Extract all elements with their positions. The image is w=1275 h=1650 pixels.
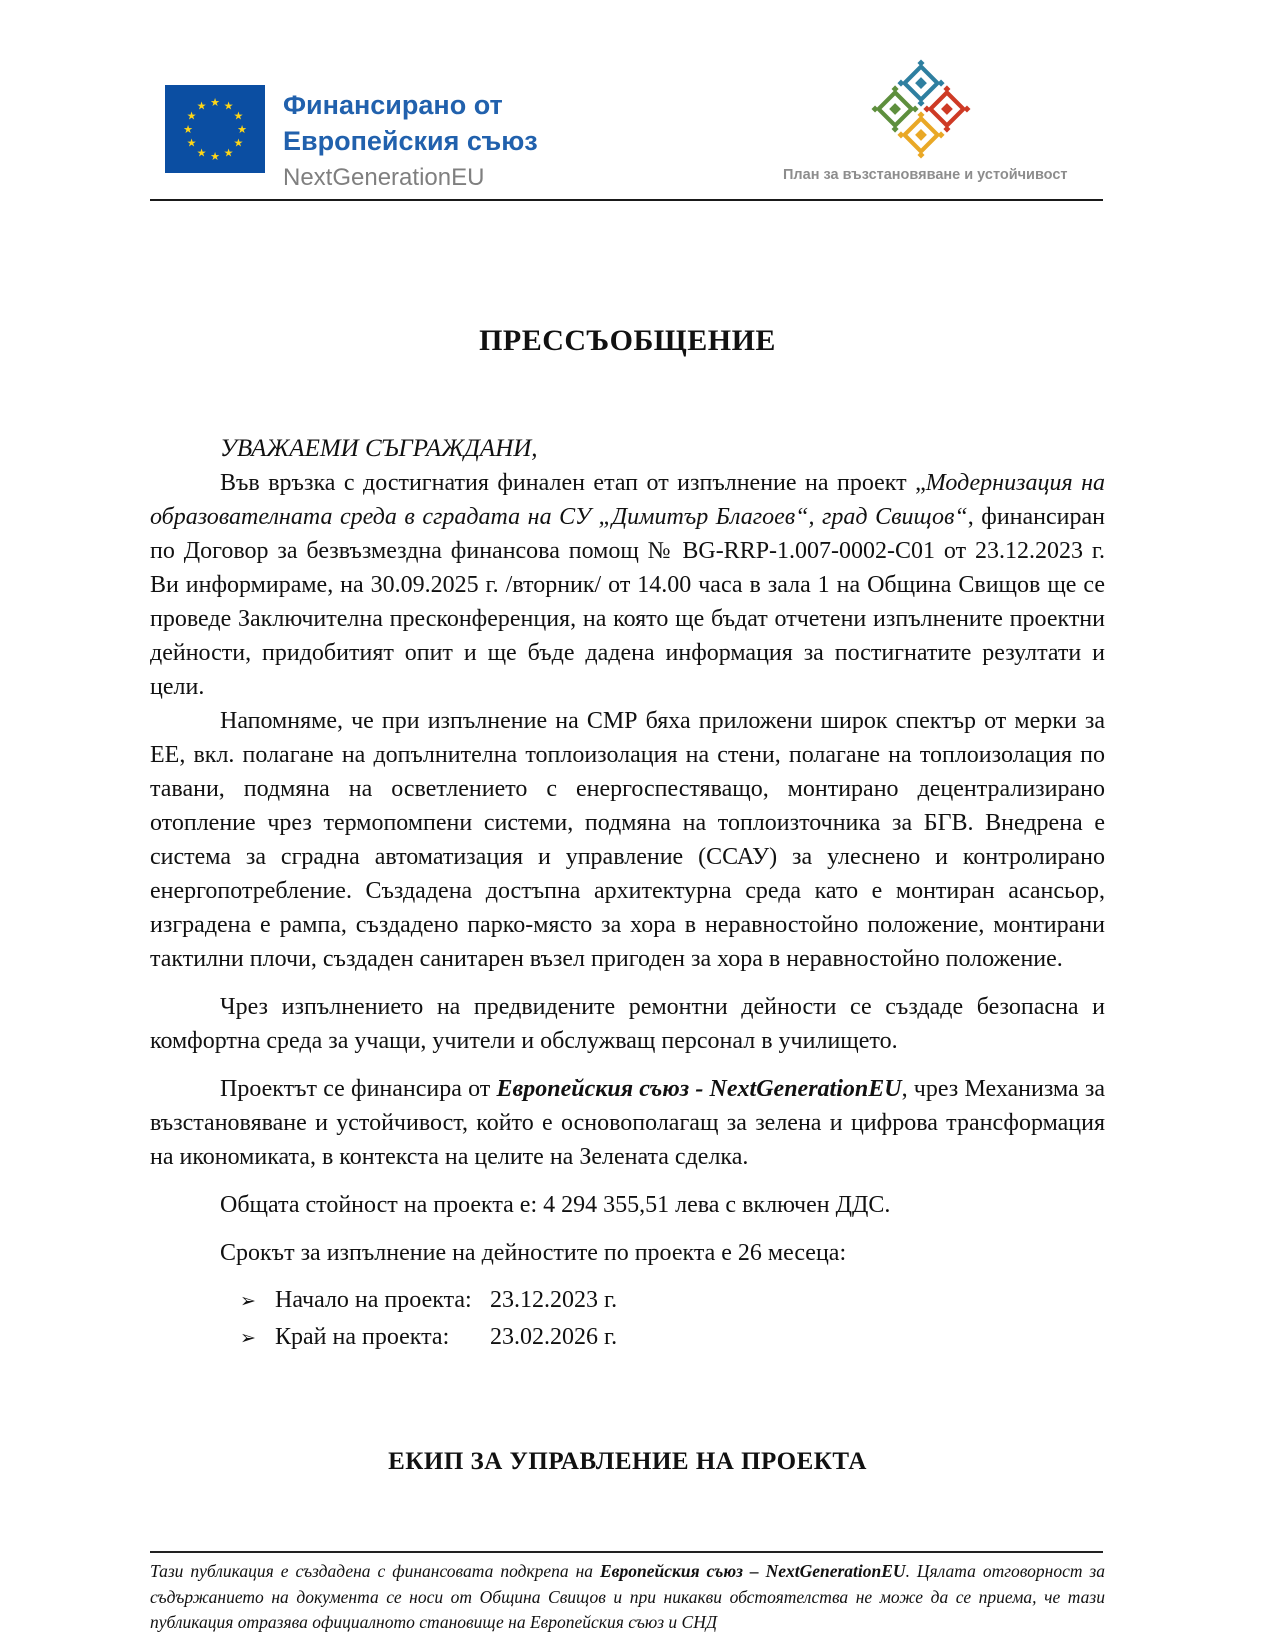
closing-heading: ЕКИП ЗА УПРАВЛЕНИЕ НА ПРОЕКТА <box>150 1448 1105 1476</box>
paragraph-financing: Проектът се финансира от Европейския съю… <box>150 1072 1105 1174</box>
list-item-project-start: ➢ Начало на проекта: 23.12.2023 г. <box>240 1282 1105 1319</box>
svg-text:★: ★ <box>233 137 243 150</box>
arrow-bullet-icon: ➢ <box>240 1320 275 1356</box>
footer-divider-line <box>150 1551 1103 1553</box>
ornament-diamond-icon <box>871 55 971 163</box>
paragraph-project-intro: Във връзка с достигнатия финален етап от… <box>150 466 1105 704</box>
svg-text:★: ★ <box>224 100 234 113</box>
project-start-label: Начало на проекта: <box>275 1282 490 1318</box>
paragraph-text: Проектът се финансира от <box>220 1076 496 1102</box>
document-body: ПРЕССЪОБЩЕНИЕ УВАЖАЕМИ СЪГРАЖДАНИ, Във в… <box>150 320 1105 1476</box>
arrow-bullet-icon: ➢ <box>240 1283 275 1319</box>
header-divider-line <box>150 199 1103 201</box>
eu-funding-line2: Европейския съюз <box>283 123 538 159</box>
project-dates-list: ➢ Начало на проекта: 23.12.2023 г. ➢ Кра… <box>150 1282 1105 1356</box>
paragraph-text: , финансиран по Договор за безвъзмездна … <box>150 504 1105 700</box>
paragraph-total-value: Общата стойност на проекта е: 4 294 355,… <box>150 1188 1105 1222</box>
eu-flag-icon: ★ ★ ★ ★ ★ ★ ★ ★ ★ ★ ★ ★ <box>165 85 265 173</box>
project-end-label: Край на проекта: <box>275 1319 490 1355</box>
svg-text:★: ★ <box>237 123 247 136</box>
eu-funding-text: Финансирано от Европейския съюз NextGene… <box>283 85 538 193</box>
footer-eu-bold: Европейския съюз – NextGenerationEU <box>600 1561 906 1581</box>
recovery-plan-logo: План за възстановяване и устойчивост <box>783 55 1058 183</box>
svg-text:★: ★ <box>197 100 207 113</box>
salutation: УВАЖАЕМИ СЪГРАЖДАНИ, <box>150 432 1105 466</box>
paragraph-text: Във връзка с достигнатия финален етап от… <box>220 470 926 496</box>
eu-funding-line1: Финансирано от <box>283 87 538 123</box>
svg-text:★: ★ <box>187 137 197 150</box>
eu-funding-logo: ★ ★ ★ ★ ★ ★ ★ ★ ★ ★ ★ ★ Финансирано от Е… <box>165 85 538 193</box>
svg-text:★: ★ <box>183 123 193 136</box>
svg-text:★: ★ <box>187 110 197 123</box>
footer-text: Тази публикация е създадена с финансоват… <box>150 1561 600 1581</box>
svg-text:★: ★ <box>197 146 207 159</box>
svg-text:★: ★ <box>224 146 234 159</box>
page-title: ПРЕССЪОБЩЕНИЕ <box>150 320 1105 362</box>
project-end-date: 23.02.2026 г. <box>490 1319 617 1355</box>
eu-funding-line3: NextGenerationEU <box>283 163 538 193</box>
footer-disclaimer: Тази публикация е създадена с финансоват… <box>150 1559 1105 1636</box>
eu-nextgeneration-bold: Европейския съюз - NextGenerationEU <box>496 1076 901 1102</box>
paragraph-results: Чрез изпълнението на предвидените ремонт… <box>150 990 1105 1058</box>
press-release-page: ★ ★ ★ ★ ★ ★ ★ ★ ★ ★ ★ ★ Финансирано от Е… <box>0 0 1275 1650</box>
svg-text:★: ★ <box>233 110 243 123</box>
project-start-date: 23.12.2023 г. <box>490 1282 617 1318</box>
list-item-project-end: ➢ Край на проекта: 23.02.2026 г. <box>240 1319 1105 1356</box>
paragraph-measures: Напомняме, че при изпълнение на СМР бяха… <box>150 704 1105 976</box>
svg-text:★: ★ <box>210 96 220 109</box>
recovery-plan-caption: План за възстановяване и устойчивост <box>783 167 1058 183</box>
svg-text:★: ★ <box>210 150 220 163</box>
paragraph-duration: Срокът за изпълнение на дейностите по пр… <box>150 1236 1105 1270</box>
